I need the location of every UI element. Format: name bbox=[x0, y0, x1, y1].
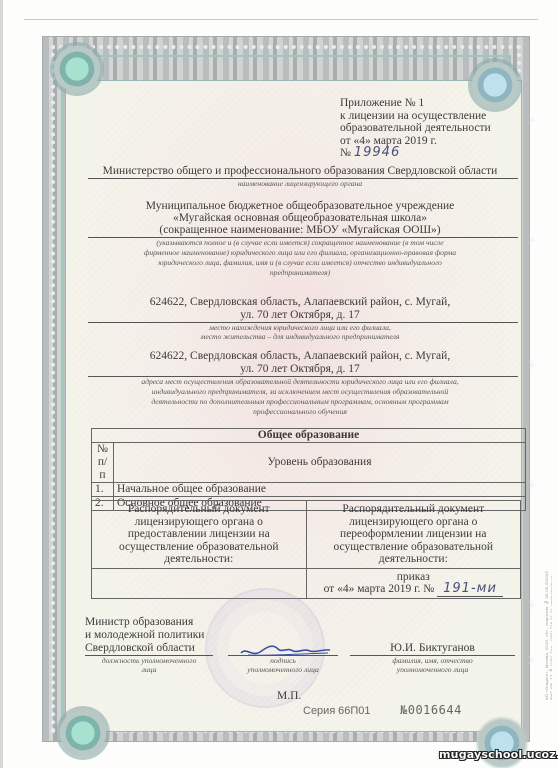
licensing-body-name: Министерство общего и профессионального … bbox=[80, 165, 520, 178]
site-watermark: mugayschool.ucoz.ru bbox=[439, 748, 558, 761]
form-number-value: 0016644 bbox=[408, 703, 462, 717]
reissue-order-value: приказ от «4» марта 2019 г. № 191-ми bbox=[306, 568, 521, 598]
activity-address-line1: 624622, Свердловская область, Алапаевски… bbox=[80, 350, 520, 363]
activity-address-line2: ул. 70 лет Октября, д. 17 bbox=[80, 363, 520, 376]
form-series: Серия 66П01 bbox=[303, 705, 371, 718]
column-header-number: № п/п bbox=[92, 443, 114, 483]
chevron-ornament-icon: › bbox=[528, 650, 542, 670]
signatory-position-line2: и молодежной политики bbox=[85, 629, 204, 642]
row-level: Начальное общее образование bbox=[114, 483, 526, 497]
licensee-line3: (сокращенное наименование: МБОУ «Мугайск… bbox=[80, 224, 520, 237]
activity-caption-line4: профессионального обучения bbox=[80, 407, 520, 417]
orders-table: Распорядительный документ лицензирующего… bbox=[91, 500, 521, 599]
location-line1: 624622, Свердловская область, Алапаевски… bbox=[80, 296, 520, 309]
licensee-caption-line3: юридического лица, фамилия, имя и (в слу… bbox=[80, 258, 520, 268]
form-series-value: 66П01 bbox=[338, 705, 370, 717]
licensing-body-caption: наименование лицензирующего органа bbox=[80, 179, 520, 189]
signatory-position-line1: Министр образования bbox=[85, 616, 193, 629]
appendix-header: Приложение № 1 к лицензии на осуществлен… bbox=[340, 97, 491, 160]
licensee-caption-line1: (указываются полное и (в случае если име… bbox=[80, 238, 520, 248]
location-line2: ул. 70 лет Октября, д. 17 bbox=[80, 309, 520, 322]
column-header-level: Уровень образования bbox=[114, 443, 526, 483]
chevron-ornament-icon: › bbox=[528, 230, 542, 250]
name-caption-line2: уполномоченного лица bbox=[350, 665, 515, 675]
row-number: 1. bbox=[92, 483, 114, 497]
appendix-line1: Приложение № 1 bbox=[340, 97, 491, 110]
scan-line bbox=[24, 19, 538, 20]
corner-ornament-icon bbox=[56, 706, 110, 760]
licensee-caption-line4: предпринимателя) bbox=[80, 268, 520, 278]
signature-caption-line2: уполномоченного лица bbox=[228, 665, 338, 675]
chevron-ornament-icon: › bbox=[528, 475, 542, 495]
reissue-order-number: 191-ми bbox=[437, 581, 503, 597]
appendix-line2: к лицензии на осуществление bbox=[340, 110, 491, 123]
chevron-ornament-icon: › bbox=[528, 355, 542, 375]
seal-label: М.П. bbox=[277, 690, 301, 703]
table-row: 1. Начальное общее образование bbox=[92, 483, 526, 497]
reissue-order-header: Распорядительный документ лицензирующего… bbox=[306, 501, 521, 569]
corner-ornament-icon bbox=[50, 42, 104, 96]
appendix-line3: образовательной деятельности bbox=[340, 122, 491, 135]
scan-edge bbox=[0, 0, 3, 768]
activity-caption-line1: адреса мест осуществления образовательно… bbox=[80, 377, 520, 387]
chevron-ornament-icon: › bbox=[528, 595, 542, 615]
appendix-number-value: 19946 bbox=[354, 145, 400, 160]
signatory-position-line3: Свердловской области bbox=[85, 642, 195, 655]
education-table-title: Общее образование bbox=[92, 429, 526, 443]
activity-caption-line2: индивидуального предпринимателя, за искл… bbox=[80, 387, 520, 397]
margin-print: АО «Опцион», Москва, 2018, «Б», лицензия… bbox=[544, 560, 552, 700]
grant-order-header: Распорядительный документ лицензирующего… bbox=[92, 501, 307, 569]
education-levels-table: Общее образование № п/п Уровень образова… bbox=[91, 428, 526, 511]
licensee-caption-line2: фирменное наименование) юридического лиц… bbox=[80, 248, 520, 258]
appendix-number: № 19946 bbox=[340, 147, 491, 160]
activity-caption-line3: деятельности по дополнительным профессио… bbox=[80, 397, 520, 407]
signatory-name: Ю.И. Биктуганов bbox=[350, 642, 515, 655]
location-caption-line2: место жительства – для индивидуального п… bbox=[80, 332, 520, 342]
chevron-ornament-icon: › bbox=[528, 110, 542, 130]
form-number: №0016644 bbox=[400, 704, 462, 718]
position-caption-line2: лица bbox=[85, 665, 213, 675]
